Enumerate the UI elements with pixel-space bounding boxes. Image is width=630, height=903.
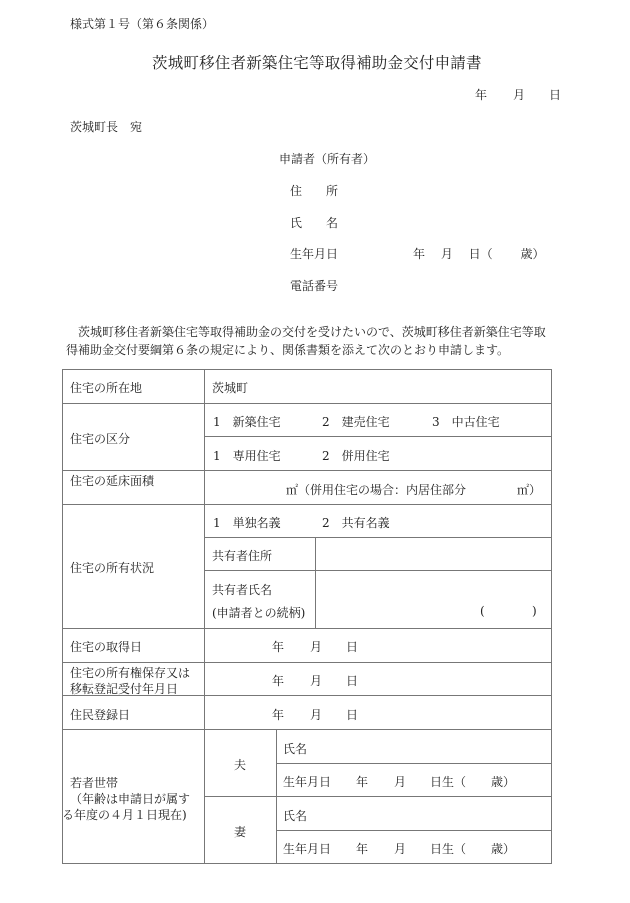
acquisition-day[interactable]: 日 [346,638,358,655]
category-option-new[interactable]: 1 新築住宅 [213,413,281,430]
wife-name-label: 氏名 [283,807,307,824]
husband-age[interactable]: 歳） [491,773,515,790]
date-year: 年 [475,86,487,103]
document-title: 茨城町移住者新築住宅等取得補助金交付申請書 [152,51,482,73]
husband-birth-year[interactable]: 年 [356,773,368,790]
addressee: 茨城町長 宛 [70,118,142,135]
applicant-heading: 申請者（所有者） [279,150,375,167]
category-option-ready-built[interactable]: 2 建売住宅 [322,413,390,430]
acquisition-month[interactable]: 月 [310,638,322,655]
floor-area-label: 住宅の延床面積 [70,472,154,489]
location-label: 住宅の所在地 [70,379,142,396]
resident-month[interactable]: 月 [310,706,322,723]
acquisition-date-label: 住宅の取得日 [70,638,142,655]
applicant-birth-value: 年 月 日（ 歳） [413,245,544,262]
resident-date-label: 住民登録日 [70,706,130,723]
wife-birth-month[interactable]: 月 [394,840,406,857]
registration-day[interactable]: 日 [346,672,358,689]
applicant-phone-label: 電話番号 [290,277,338,294]
floor-area-value[interactable]: ㎡（併用住宅の場合：内居住部分 [286,481,466,498]
co-owner-address-label: 共有者住所 [212,547,272,564]
wife-birth-day[interactable]: 日生（ [430,840,466,857]
applicant-address-label: 住 所 [290,182,338,199]
husband-name-label: 氏名 [283,740,307,757]
applicant-name-label: 氏 名 [290,214,338,231]
body-text-line2: 得補助金交付要綱第６条の規定により、関係書類を添えて次のとおり申請します。 [66,341,509,358]
registration-year[interactable]: 年 [272,672,284,689]
husband-birth-day[interactable]: 日生（ [430,773,466,790]
husband-birth-label: 生年月日 [283,773,331,790]
wife-birth-label: 生年月日 [283,840,331,857]
acquisition-year[interactable]: 年 [272,638,284,655]
wife-birth-year[interactable]: 年 [356,840,368,857]
form-number: 様式第１号（第６条関係） [70,15,214,32]
resident-day[interactable]: 日 [346,706,358,723]
date-month: 月 [513,86,525,103]
registration-date-label-line2: 移転登記受付年月日 [70,680,178,697]
co-owner-name-label: 共有者氏名 [212,581,272,598]
applicant-birth-label: 生年月日 [290,245,338,262]
relation-paren-close: ) [532,604,537,618]
category-option-dedicated[interactable]: 1 専用住宅 [213,447,281,464]
floor-area-unit: ㎡） [517,481,541,498]
young-household-label-line1: 若者世帯 [70,774,118,791]
category-option-used[interactable]: 3 中古住宅 [432,413,500,430]
ownership-label: 住宅の所有状況 [70,559,154,576]
ownership-option-joint[interactable]: 2 共有名義 [322,514,390,531]
registration-month[interactable]: 月 [310,672,322,689]
body-text-line1: 茨城町移住者新築住宅等取得補助金の交付を受けたいので、茨城町移住者新築住宅等取 [66,323,546,340]
wife-age[interactable]: 歳） [491,840,515,857]
category-label: 住宅の区分 [70,430,130,447]
date-day: 日 [549,86,561,103]
co-owner-relation-label: (申請者との続柄) [212,604,305,621]
young-household-label-line3: る年度の４月１日現在) [62,806,187,823]
category-option-mixed-use[interactable]: 2 併用住宅 [322,447,390,464]
registration-date-label-line1: 住宅の所有権保存又は [70,664,190,681]
husband-birth-month[interactable]: 月 [394,773,406,790]
relation-paren-open: ( [480,604,485,618]
young-household-label-line2: （年齢は申請日が属す [70,790,190,807]
resident-year[interactable]: 年 [272,706,284,723]
location-value[interactable]: 茨城町 [212,379,248,396]
husband-label: 夫 [234,756,246,773]
ownership-option-sole[interactable]: 1 単独名義 [213,514,281,531]
wife-label: 妻 [234,823,246,840]
